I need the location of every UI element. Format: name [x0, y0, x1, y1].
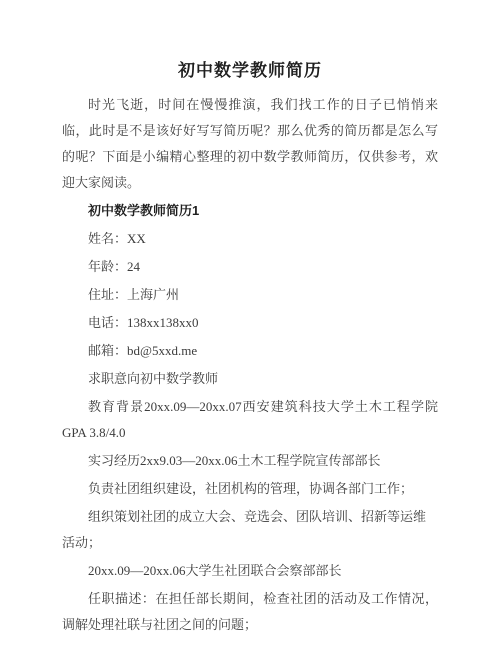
- document-title: 初中数学教师简历: [62, 58, 438, 84]
- phone-line: 电话：138xx138xx0: [62, 310, 438, 336]
- position-description-paragraph: 任职描述：在担任部长期间，检查社团的活动及工作情况，调解处理社联与社团之间的问题…: [62, 586, 438, 638]
- resume-section-heading: 初中数学教师简历1: [62, 198, 438, 224]
- education-background-line: 教育背景20xx.09—20xx.07西安建筑科技大学土木工程学院GPA 3.8…: [62, 394, 438, 446]
- document-page: 初中数学教师简历 时光飞逝，时间在慢慢推演，我们找工作的日子已悄悄来临，此时是不…: [0, 0, 500, 647]
- internship-duty-line-2: 组织策划社团的成立大会、竞选会、团队培训、招新等运维活动；: [62, 504, 438, 556]
- intro-paragraph: 时光飞逝，时间在慢慢推演，我们找工作的日子已悄悄来临，此时是不是该好好写写简历呢…: [62, 92, 438, 196]
- second-position-line: 20xx.09—20xx.06大学生社团联合会察部部长: [62, 558, 438, 584]
- job-objective-line: 求职意向初中数学教师: [62, 366, 438, 392]
- address-line: 住址：上海广州: [62, 282, 438, 308]
- name-line: 姓名：XX: [62, 226, 438, 252]
- internship-experience-line: 实习经历2xx9.03—20xx.06土木工程学院宣传部部长: [62, 448, 438, 474]
- age-line: 年龄：24: [62, 254, 438, 280]
- internship-duty-line-1: 负责社团组织建设，社团机构的管理，协调各部门工作；: [62, 476, 438, 502]
- email-line: 邮箱：bd@5xxd.me: [62, 338, 438, 364]
